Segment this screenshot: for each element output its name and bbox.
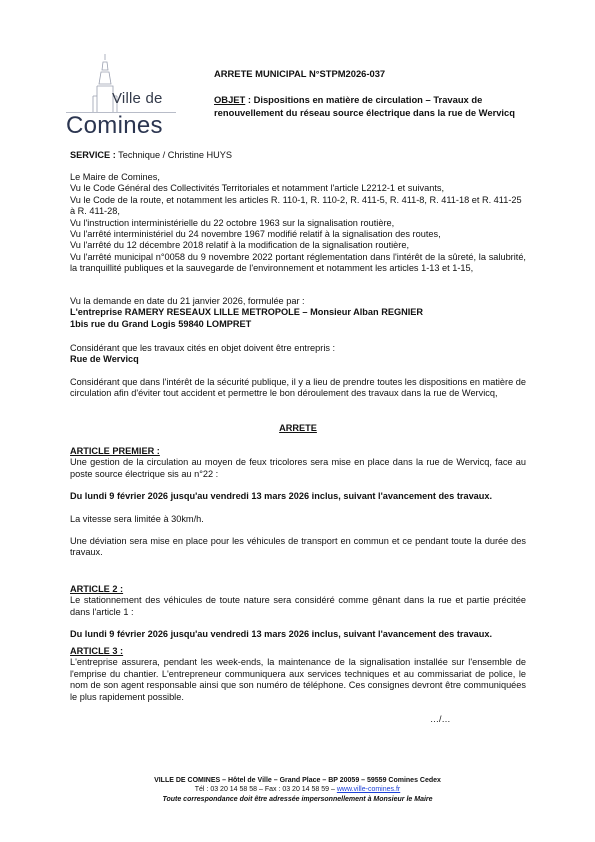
footer: VILLE DE COMINES – Hôtel de Ville – Gran… [0, 776, 595, 804]
visa: Vu l'arrêté interministériel du 24 novem… [70, 229, 526, 240]
visa: Vu le Code de la route, et notamment les… [70, 195, 526, 218]
article-paragraph: La vitesse sera limitée à 30km/h. [70, 514, 526, 525]
demande-block: Vu la demande en date du 21 janvier 2026… [70, 296, 526, 330]
visa: Vu l'instruction interministérielle du 2… [70, 218, 526, 229]
article-dates: Du lundi 9 février 2026 jusqu'au vendred… [70, 491, 526, 502]
visa: Le Maire de Comines, [70, 172, 526, 183]
article-title: ARTICLE 3 : [70, 646, 526, 657]
website-link[interactable]: www.ville-comines.fr [337, 786, 400, 793]
considerant-travaux: Considérant que les travaux cités en obj… [70, 343, 526, 366]
service-line: SERVICE : Technique / Christine HUYS [70, 150, 526, 161]
arrete-number: ARRETE MUNICIPAL N°STPM2026-037 [214, 68, 385, 79]
document-page: Ville de Comines ARRETE MUNICIPAL N°STPM… [0, 0, 595, 842]
objet: OBJET : Dispositions en matière de circu… [214, 94, 534, 119]
demande-company: L'entreprise RAMERY RESEAUX LILLE METROP… [70, 307, 526, 318]
arrete-heading: ARRETE [70, 423, 526, 434]
footer-phone-fax: Tél : 03 20 14 58 58 – Fax : 03 20 14 58… [195, 786, 337, 793]
visa: Vu l'arrêté municipal n°0058 du 9 novemb… [70, 252, 526, 275]
visa: Vu l'arrêté du 12 décembre 2018 relatif … [70, 240, 526, 251]
demande-address: 1bis rue du Grand Logis 59840 LOMPRET [70, 319, 526, 330]
objet-text: : Dispositions en matière de circulation… [214, 94, 515, 118]
article-2: ARTICLE 2 : Le stationnement des véhicul… [70, 584, 526, 641]
considerant-text: Considérant que les travaux cités en obj… [70, 343, 526, 354]
article-1: ARTICLE PREMIER : Une gestion de la circ… [70, 446, 526, 559]
considerant-securite: Considérant que dans l'intérêt de la séc… [70, 377, 526, 400]
objet-label: OBJET [214, 94, 245, 105]
logo-text-comines: Comines [66, 112, 163, 140]
article-paragraph: Le stationnement des véhicules de toute … [70, 595, 526, 618]
visa: Vu le Code Général des Collectivités Ter… [70, 183, 526, 194]
article-title: ARTICLE PREMIER : [70, 446, 526, 457]
logo-text-ville-de: Ville de [112, 90, 163, 107]
footer-contact: Tél : 03 20 14 58 58 – Fax : 03 20 14 58… [0, 785, 595, 794]
footer-notice: Toute correspondance doit être adressée … [0, 795, 595, 804]
article-3: ARTICLE 3 : L'entreprise assurera, penda… [70, 646, 526, 703]
considerant-street: Rue de Wervicq [70, 354, 526, 365]
article-paragraph: Une déviation sera mise en place pour le… [70, 536, 526, 559]
visas-block: Le Maire de Comines, Vu le Code Général … [70, 172, 526, 275]
article-dates: Du lundi 9 février 2026 jusqu'au vendred… [70, 629, 526, 640]
article-paragraph: Une gestion de la circulation au moyen d… [70, 457, 526, 480]
continuation-mark: …/… [430, 714, 451, 724]
article-paragraph: L'entreprise assurera, pendant les week-… [70, 657, 526, 703]
service-label: SERVICE : [70, 150, 116, 160]
article-title: ARTICLE 2 : [70, 584, 526, 595]
ville-de-comines-logo: Ville de Comines [62, 52, 182, 132]
footer-address: VILLE DE COMINES – Hôtel de Ville – Gran… [0, 776, 595, 785]
demande-intro: Vu la demande en date du 21 janvier 2026… [70, 296, 526, 307]
service-value: Technique / Christine HUYS [116, 150, 232, 160]
